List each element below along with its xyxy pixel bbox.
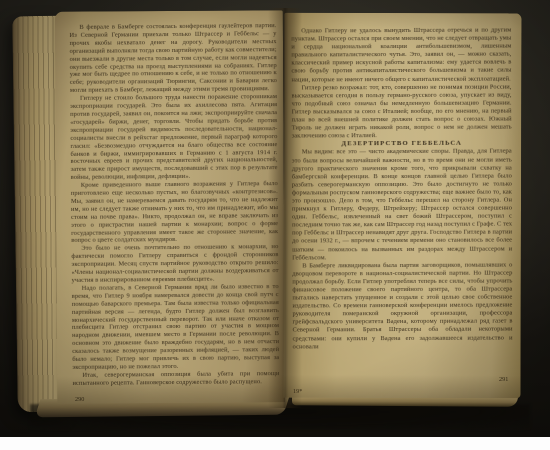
book-photo: В феврале в Бамберге состоялась конферен…: [0, 0, 550, 437]
paragraph: Надо полагать, в Северной Германии вряд …: [72, 283, 280, 372]
page-number-right: 291: [499, 376, 508, 383]
signature-mark: 19*: [293, 388, 302, 395]
paragraph: Гитлер резко возражал: тот, кто, соверше…: [291, 83, 511, 141]
photo-bottom-margin: [0, 437, 550, 450]
paragraph: В феврале в Бамберге состоялась конферен…: [69, 22, 277, 95]
left-page-text: В феврале в Бамберге состоялась конферен…: [69, 22, 279, 398]
paragraph: Кроме приведенного выше главного возраже…: [71, 180, 279, 245]
page-number-left: 290: [75, 396, 84, 403]
paragraph: Мы видим: все это — чисто академические …: [292, 148, 512, 262]
paragraph: Гитлеру не стоило большого труда нанести…: [70, 93, 278, 182]
paragraph: Однако Гитлеру не удалось вынудить Штрас…: [291, 27, 511, 85]
right-page-text: Однако Гитлеру не удалось вынудить Штрас…: [291, 27, 513, 380]
paragraph: Итак, северогерманская оппозиция была уб…: [72, 370, 279, 388]
paragraph: В Бамберге ликвидирована была партия заг…: [292, 261, 512, 351]
paragraph: Это было не очень почтительно по отношен…: [71, 243, 278, 284]
